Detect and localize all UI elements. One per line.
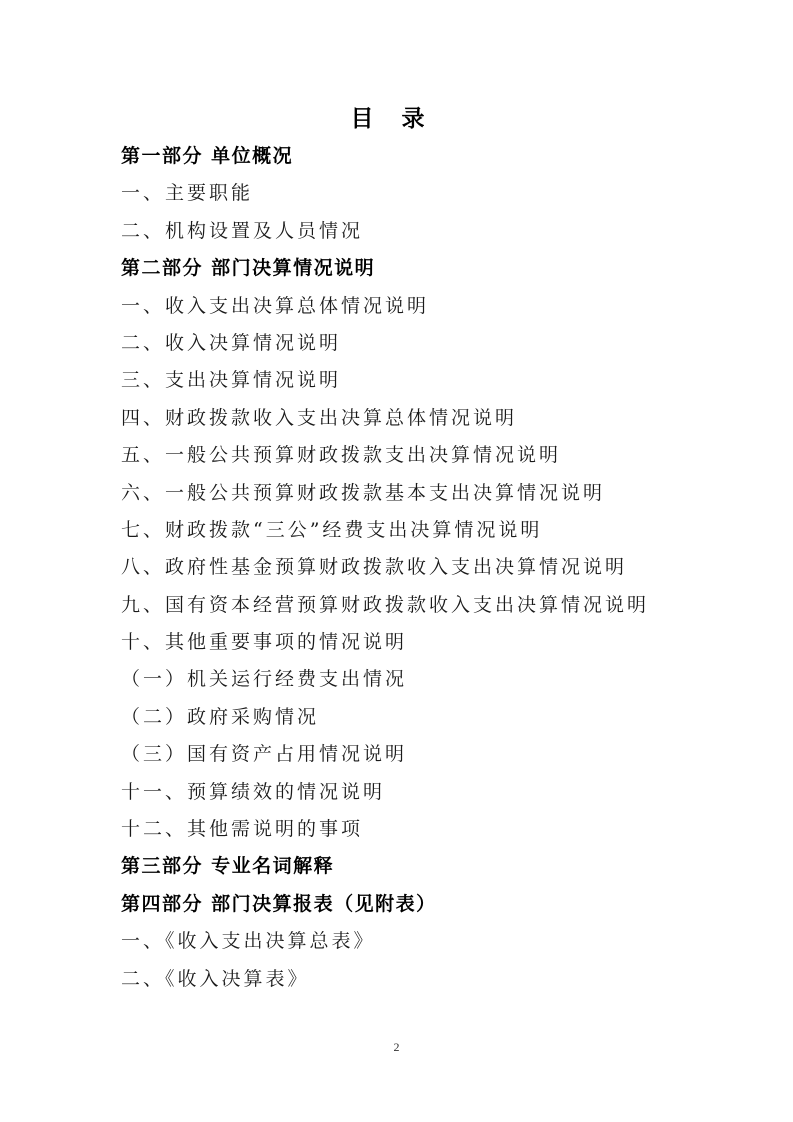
toc-item: 一、《收入支出决算总表》 (121, 923, 721, 960)
toc-item: 十、其他重要事项的情况说明 (121, 624, 721, 661)
table-of-contents: 第一部分 单位概况 一、主要职能 二、机构设置及人员情况 第二部分 部门决算情况… (121, 138, 721, 998)
toc-item: 一、主要职能 (121, 175, 721, 212)
toc-item: 十二、其他需说明的事项 (121, 811, 721, 848)
toc-item: 六、一般公共预算财政拨款基本支出决算情况说明 (121, 475, 721, 512)
toc-item: 二、收入决算情况说明 (121, 325, 721, 362)
toc-subitem: （一）机关运行经费支出情况 (121, 661, 721, 698)
toc-part-1: 第一部分 单位概况 (121, 138, 721, 175)
toc-item: 七、财政拨款“三公”经费支出决算情况说明 (121, 512, 721, 549)
toc-title: 目录 (0, 100, 793, 133)
toc-item: 十一、预算绩效的情况说明 (121, 774, 721, 811)
toc-part-4: 第四部分 部门决算报表（见附表） (121, 886, 721, 923)
toc-item: 二、机构设置及人员情况 (121, 213, 721, 250)
toc-item: 二、《收入决算表》 (121, 961, 721, 998)
toc-part-2: 第二部分 部门决算情况说明 (121, 250, 721, 287)
page-number: 2 (0, 1040, 793, 1055)
toc-item: 五、一般公共预算财政拨款支出决算情况说明 (121, 437, 721, 474)
toc-part-3: 第三部分 专业名词解释 (121, 848, 721, 885)
toc-item: 九、国有资本经营预算财政拨款收入支出决算情况说明 (121, 587, 721, 624)
toc-item: 四、财政拨款收入支出决算总体情况说明 (121, 400, 721, 437)
toc-item: 一、收入支出决算总体情况说明 (121, 288, 721, 325)
toc-item: 八、政府性基金预算财政拨款收入支出决算情况说明 (121, 549, 721, 586)
toc-subitem: （二）政府采购情况 (121, 699, 721, 736)
toc-item: 三、支出决算情况说明 (121, 362, 721, 399)
toc-subitem: （三）国有资产占用情况说明 (121, 736, 721, 773)
